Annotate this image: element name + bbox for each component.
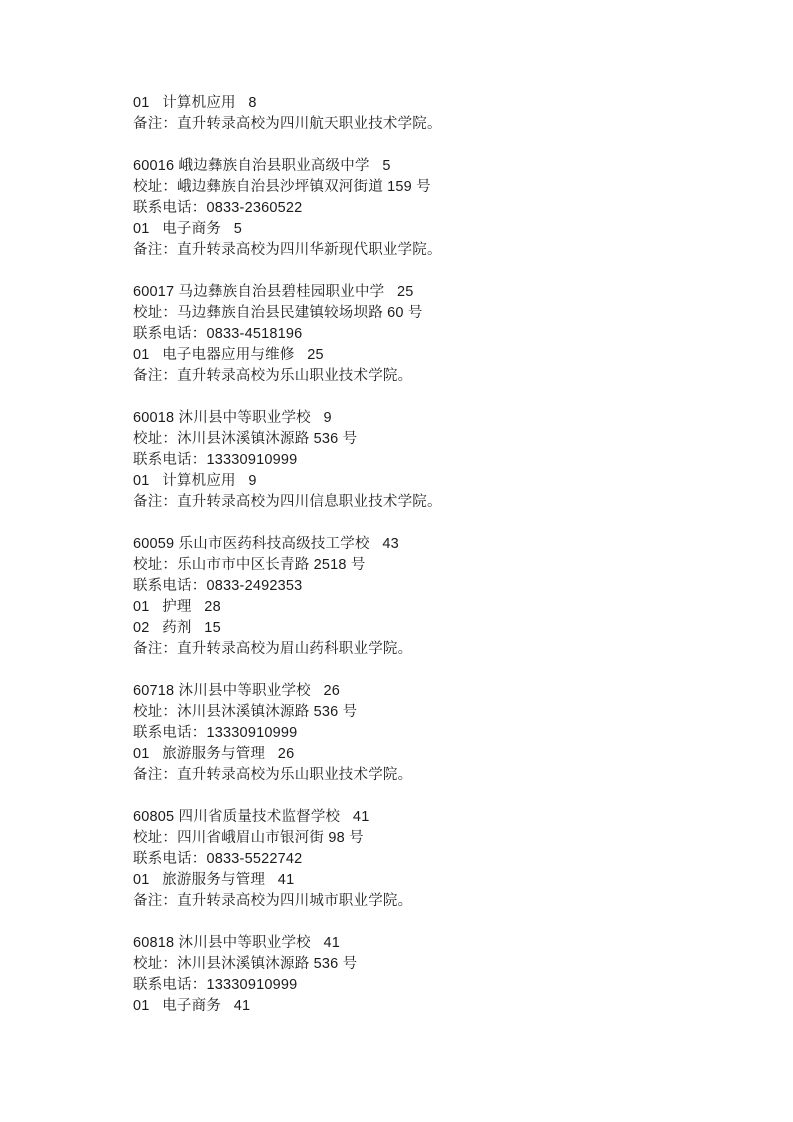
- school-entry: 60818 沐川县中等职业学校 41 校址：沐川县沐溪镇沐源路 536 号 联系…: [133, 933, 693, 1017]
- address-line: 校址：沐川县沐溪镇沐源路 536 号: [133, 954, 693, 975]
- school-header: 60018 沐川县中等职业学校 9: [133, 408, 693, 429]
- school-entry: 60016 峨边彝族自治县职业高级中学 5 校址：峨边彝族自治县沙坪镇双河街道 …: [133, 156, 693, 261]
- school-header: 60805 四川省质量技术监督学校 41: [133, 807, 693, 828]
- major-line: 01 旅游服务与管理 41: [133, 870, 693, 891]
- address-line: 校址：乐山市市中区长青路 2518 号: [133, 555, 693, 576]
- major-line: 01 计算机应用 8: [133, 93, 693, 114]
- phone-line: 联系电话：13330910999: [133, 723, 693, 744]
- address-line: 校址：四川省峨眉山市银河街 98 号: [133, 828, 693, 849]
- school-header: 60718 沐川县中等职业学校 26: [133, 681, 693, 702]
- address-line: 校址：沐川县沐溪镇沐源路 536 号: [133, 702, 693, 723]
- note-line: 备注：直升转录高校为四川航天职业技术学院。: [133, 114, 693, 135]
- note-line: 备注：直升转录高校为乐山职业技术学院。: [133, 366, 693, 387]
- note-line: 备注：直升转录高校为眉山药科职业学院。: [133, 639, 693, 660]
- major-line: 01 电子商务 5: [133, 219, 693, 240]
- phone-line: 联系电话：13330910999: [133, 450, 693, 471]
- school-entry: 60018 沐川县中等职业学校 9 校址：沐川县沐溪镇沐源路 536 号 联系电…: [133, 408, 693, 513]
- major-line: 02 药剂 15: [133, 618, 693, 639]
- address-line: 校址：马边彝族自治县民建镇较场坝路 60 号: [133, 303, 693, 324]
- school-header: 60818 沐川县中等职业学校 41: [133, 933, 693, 954]
- note-line: 备注：直升转录高校为四川城市职业学院。: [133, 891, 693, 912]
- major-line: 01 计算机应用 9: [133, 471, 693, 492]
- school-header: 60017 马边彝族自治县碧桂园职业中学 25: [133, 282, 693, 303]
- school-entry: 60059 乐山市医药科技高级技工学校 43 校址：乐山市市中区长青路 2518…: [133, 534, 693, 660]
- address-line: 校址：沐川县沐溪镇沐源路 536 号: [133, 429, 693, 450]
- phone-line: 联系电话：0833-5522742: [133, 849, 693, 870]
- school-entry: 60718 沐川县中等职业学校 26 校址：沐川县沐溪镇沐源路 536 号 联系…: [133, 681, 693, 786]
- major-line: 01 电子商务 41: [133, 996, 693, 1017]
- document-content: 01 计算机应用 8 备注：直升转录高校为四川航天职业技术学院。 60016 峨…: [133, 93, 693, 1038]
- note-line: 备注：直升转录高校为乐山职业技术学院。: [133, 765, 693, 786]
- address-line: 校址：峨边彝族自治县沙坪镇双河街道 159 号: [133, 177, 693, 198]
- school-entry: 60017 马边彝族自治县碧桂园职业中学 25 校址：马边彝族自治县民建镇较场坝…: [133, 282, 693, 387]
- school-entry: 01 计算机应用 8 备注：直升转录高校为四川航天职业技术学院。: [133, 93, 693, 135]
- school-header: 60016 峨边彝族自治县职业高级中学 5: [133, 156, 693, 177]
- major-line: 01 旅游服务与管理 26: [133, 744, 693, 765]
- major-line: 01 护理 28: [133, 597, 693, 618]
- phone-line: 联系电话：0833-2492353: [133, 576, 693, 597]
- phone-line: 联系电话：0833-2360522: [133, 198, 693, 219]
- document-page: 01 计算机应用 8 备注：直升转录高校为四川航天职业技术学院。 60016 峨…: [0, 0, 793, 1122]
- phone-line: 联系电话：0833-4518196: [133, 324, 693, 345]
- school-header: 60059 乐山市医药科技高级技工学校 43: [133, 534, 693, 555]
- phone-line: 联系电话：13330910999: [133, 975, 693, 996]
- note-line: 备注：直升转录高校为四川信息职业技术学院。: [133, 492, 693, 513]
- major-line: 01 电子电器应用与维修 25: [133, 345, 693, 366]
- school-entry: 60805 四川省质量技术监督学校 41 校址：四川省峨眉山市银河街 98 号 …: [133, 807, 693, 912]
- note-line: 备注：直升转录高校为四川华新现代职业学院。: [133, 240, 693, 261]
